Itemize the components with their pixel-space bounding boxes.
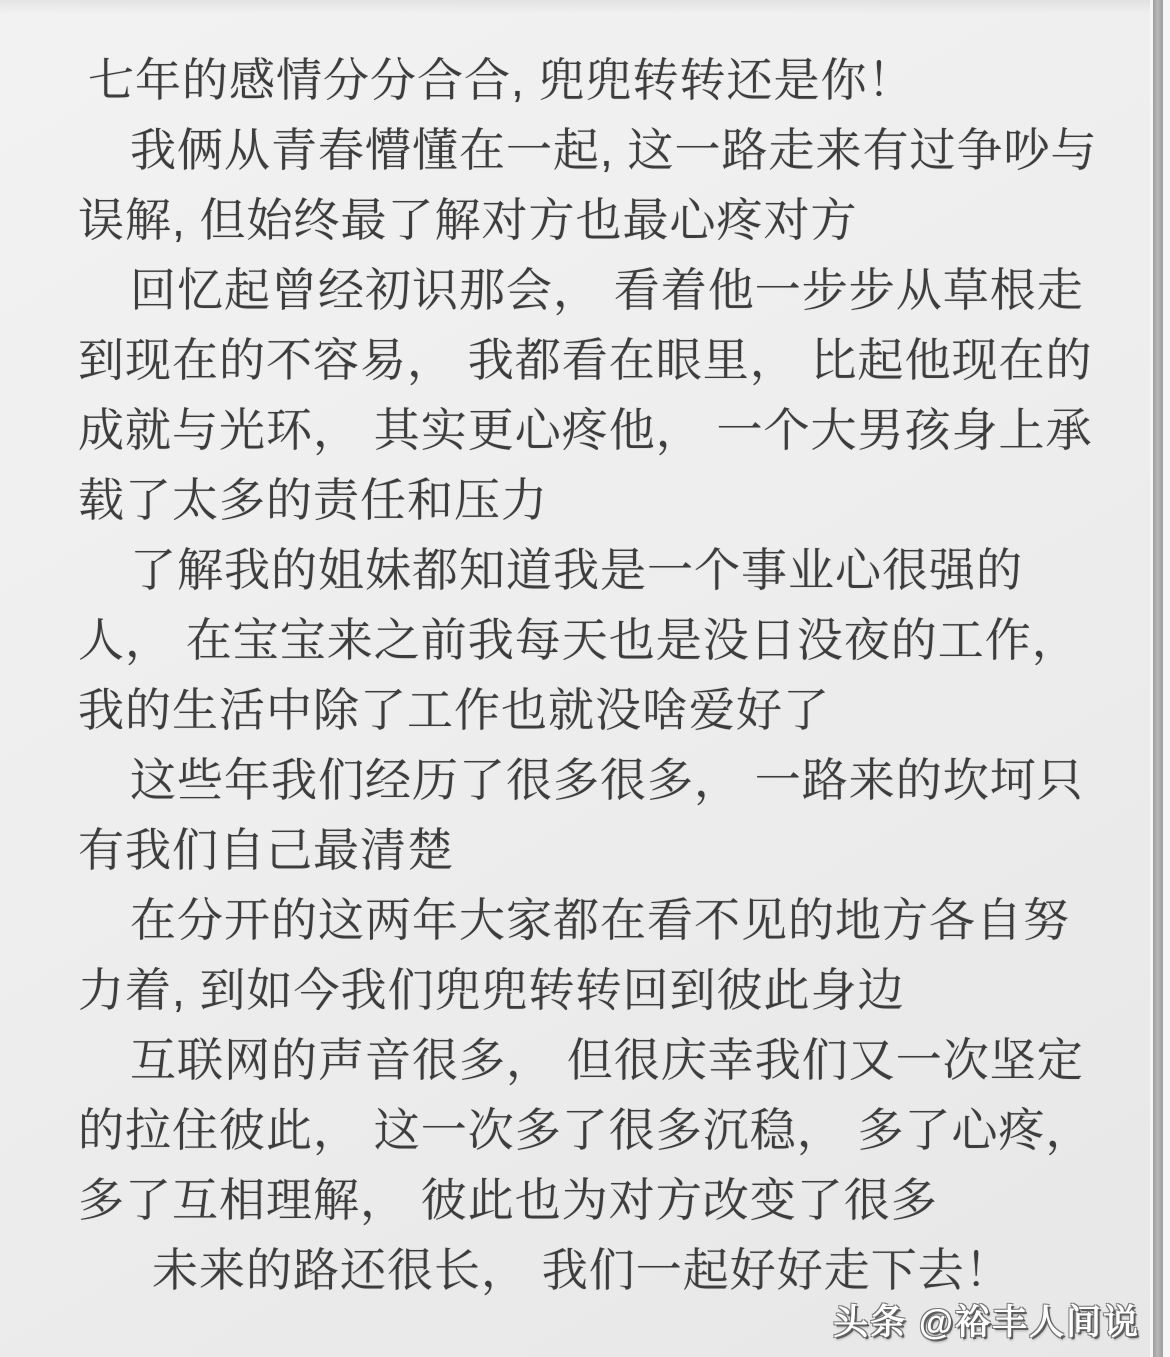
text-line: 在分开的这两年大家都在看不见的地方各自努	[78, 885, 1130, 955]
text-line: 有我们自己最清楚	[78, 815, 1130, 885]
text-line: 了解我的姐妹都知道我是一个事业心很强的	[78, 535, 1130, 605]
scrollbar-track	[1150, 0, 1170, 1357]
text-line: 载了太多的责任和压力	[78, 465, 1130, 535]
post-text: 七年的感情分分合合, 兜兜转转还是你！我俩从青春懵懂在一起, 这一路走来有过争吵…	[78, 45, 1130, 1305]
top-shade	[0, 0, 1170, 14]
text-line: 七年的感情分分合合, 兜兜转转还是你！	[78, 45, 1130, 115]
watermark-text: 头条 @裕丰人间说	[833, 1295, 1140, 1345]
text-line: 回忆起曾经初识那会， 看着他一步步从草根走	[78, 255, 1130, 325]
text-line: 我的生活中除了工作也就没啥爱好了	[78, 675, 1130, 745]
text-line: 这些年我们经历了很多很多， 一路来的坎坷只	[78, 745, 1130, 815]
post-screenshot: 七年的感情分分合合, 兜兜转转还是你！我俩从青春懵懂在一起, 这一路走来有过争吵…	[0, 0, 1170, 1357]
text-line: 多了互相理解， 彼此也为对方改变了很多	[78, 1165, 1130, 1235]
text-line: 成就与光环， 其实更心疼他， 一个大男孩身上承	[78, 395, 1130, 465]
text-line: 力着, 到如今我们兜兜转转回到彼此身边	[78, 955, 1130, 1025]
text-line: 人， 在宝宝来之前我每天也是没日没夜的工作，	[78, 605, 1130, 675]
text-line: 误解, 但始终最了解对方也最心疼对方	[78, 185, 1130, 255]
text-line: 互联网的声音很多， 但很庆幸我们又一次坚定	[78, 1025, 1130, 1095]
text-line: 我俩从青春懵懂在一起, 这一路走来有过争吵与	[78, 115, 1130, 185]
scrollbar-thumb[interactable]	[1153, 0, 1163, 1357]
text-line: 到现在的不容易， 我都看在眼里， 比起他现在的	[78, 325, 1130, 395]
text-line: 的拉住彼此， 这一次多了很多沉稳， 多了心疼，	[78, 1095, 1130, 1165]
